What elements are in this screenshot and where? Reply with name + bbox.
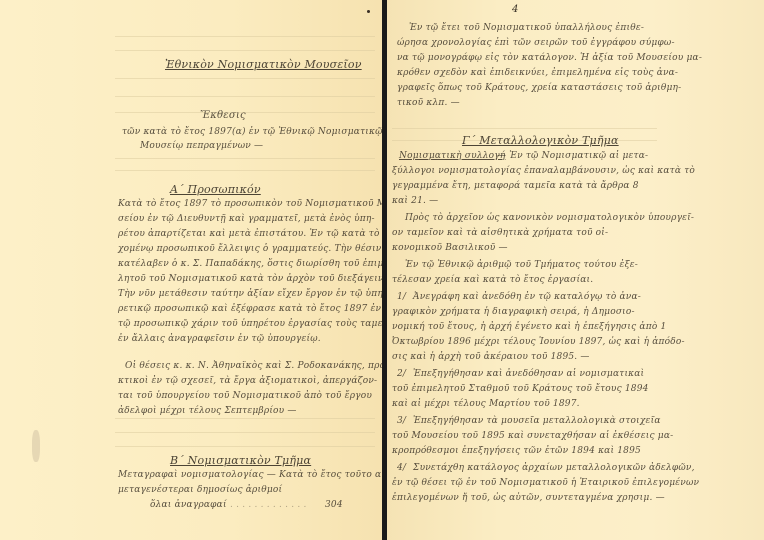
ruled-line: [115, 446, 375, 447]
text-line: Ἐπεξηγήθησαν καὶ ἀνεδόθησαν αἱ νομισματι…: [413, 369, 644, 379]
text-line: Ἐν τῷ ἔτει τοῦ Νομισματικοῦ ὑπαλλήλους ἐ…: [409, 23, 644, 33]
text-line: Ὀκτωβρίου 1896 μέχρι τέλους Ἰουνίου 1897…: [392, 337, 685, 347]
section-a-heading: Α΄ Προσωπικόν: [170, 183, 261, 196]
text-line: Πρὸς τὸ ἀρχεῖον ὡς κανονικὸν νομισματολο…: [405, 213, 694, 223]
text-line: ἐπιλεγομένων ἤ τοῦ, ὡς αὐτῶν, συντεταγμέ…: [392, 493, 665, 503]
text-line: Τὴν νῦν μετάθεσιν ταύτην ἀξίαν εἴχεν ἔργ…: [118, 289, 382, 299]
text-line: ἀδελφοὶ μέχρι τέλους Σεπτεμβρίου —: [118, 406, 297, 416]
ruled-line: [115, 418, 375, 419]
text-line: κτικοὶ ἐν τῷ σχεσεῖ, τὰ ἔργα ἀξιοματικοὶ…: [118, 376, 377, 386]
item-number: 3/: [397, 416, 406, 426]
ruled-line: [392, 128, 657, 129]
text-line: χομένῳ προσωπικοῦ ἔλλειψις ὁ γραμματεύς.…: [118, 244, 382, 254]
text-line: κονομικοῦ Βασιλικοῦ —: [392, 243, 508, 253]
text-line: — Ἐν τῷ Νομισματικῷ αἱ μετα-: [497, 151, 648, 161]
item-number: 4/: [397, 463, 406, 473]
text-line: κατέλαβεν ὁ κ. Σ. Παπαδάκης, ὅστις διωρί…: [118, 259, 382, 269]
text-line: Ἀνεγράφη καὶ ἀνεδόθη ἐν τῷ καταλόγῳ τὸ ἀ…: [413, 292, 641, 302]
text-line: Κατὰ τὸ ἔτος 1897 τὸ προσωπικὸν τοῦ Νομι…: [118, 199, 382, 209]
report-heading: Ἔκθεσις: [200, 110, 246, 121]
text-line: τικοῦ κλπ. —: [397, 98, 460, 108]
text-line: κρόθεν σχεδὸν καὶ ἐπιδεικνύει, ἐπιμελημέ…: [397, 68, 678, 78]
text-line: ρέτου ἀπαρτίζεται καὶ μετὰ ἐπιστάτου. Ἐν…: [118, 229, 382, 239]
text-line: Συνετάχθη κατάλογος ἀρχαίων μεταλλολογικ…: [413, 463, 695, 473]
text-line: μεταγενέστεραι δημοσίως ἀριθμοί: [118, 485, 282, 495]
ruled-line: [115, 50, 375, 51]
text-line: λητοῦ τοῦ Νομισματικοῦ κατὰ τὸν ἀρχὸν το…: [118, 274, 382, 284]
item-number: 2/: [397, 369, 406, 379]
text-line: σείου ἐν τῷ Διευθυντῇ καὶ γραμματεῖ, μετ…: [118, 214, 375, 224]
text-line: Οἱ θέσεις κ. κ. Ν. Ἀθηναϊκὸς καὶ Σ. Ροδο…: [125, 361, 382, 371]
left-manuscript-page: Ἐθνικὸν Νομισματικὸν Μουσεῖον Ἔκθεσις τῶ…: [0, 0, 382, 540]
text-line: ώρησα χρονολογίας ἐπὶ τῶν σειρῶν τοῦ ἐγγ…: [397, 38, 675, 48]
text-line: τῷ προσωπικῷ χάριν τοῦ ὑπηρέτου ἐργασίας…: [118, 319, 382, 329]
section-c-lead: Νομισματικὴ συλλογή: [399, 151, 505, 161]
text-line: τοῦ Μουσείου τοῦ 1895 καὶ συνεταχθήσαν α…: [392, 431, 673, 441]
ruled-line: [115, 96, 375, 97]
text-line: γραφικὸν χρήματα ἡ διαγραφικὴ σειρά, ἡ Δ…: [392, 307, 635, 317]
text-line: ἐν τῷ θέσει τῷ ἐν τοῦ Νομισματικοῦ ἡ Ἑτα…: [392, 478, 699, 488]
ruled-line: [115, 36, 375, 37]
entry-label: ὅλαι ἀναγραφαί: [150, 500, 227, 510]
ruled-line: [115, 432, 375, 433]
ruled-line: [115, 78, 375, 79]
text-line: νομική τοῦ ἔτους, ἡ ἀρχή ἐγένετο καὶ ἡ ἐ…: [392, 322, 666, 332]
text-line: ρετικῷ προσωπικῷ καὶ ἐξέφρασε κατὰ τὸ ἔτ…: [118, 304, 381, 314]
text-line: καὶ αἱ μέχρι τέλους Μαρτίου τοῦ 1897.: [392, 399, 580, 409]
text-line: τοῦ ἐπιμελητοῦ Σταθμοῦ τοῦ Κράτους τοῦ ἔ…: [392, 384, 649, 394]
item-number: 1/: [397, 292, 406, 302]
ruled-line: [115, 158, 375, 159]
text-line: καὶ 21. —: [392, 196, 438, 206]
dot-leader: . . . . . . . . . . . . .: [230, 500, 307, 510]
margin-smudge: [32, 430, 40, 462]
entry-value: 304: [325, 500, 343, 510]
text-line: ἐν ἄλλαις ἀναγραφεῖσιν ἐν τῷ ὑπουργείῳ.: [118, 334, 321, 344]
report-subheading: Μουσείῳ πεπραγμένων —: [140, 141, 263, 151]
text-line: Μεταγραφαὶ νομισματολογίας — Κατὰ τὸ ἔτο…: [118, 470, 382, 480]
text-line: σις καὶ ἡ ἀρχὴ τοῦ ἀκέραιου τοῦ 1895. —: [392, 352, 590, 362]
text-line: κροπρόθεσμοι ἐπεξηγήσεις τῶν ἐτῶν 1894 κ…: [392, 446, 641, 456]
document-title: Ἐθνικὸν Νομισματικὸν Μουσεῖον: [165, 58, 362, 71]
text-line: να τῷ μονογράφῳ εἰς τὸν κατάλογον. Ἡ ἀξί…: [397, 53, 702, 63]
page-number: 4: [512, 4, 518, 15]
ink-spot: [367, 10, 370, 13]
right-manuscript-page: 4 Ἐν τῷ ἔτει τοῦ Νομισματικοῦ ὑπαλλήλους…: [387, 0, 764, 540]
report-subheading: τῶν κατὰ τὸ ἔτος 1897(α) ἐν τῷ Ἐθνικῷ Νο…: [122, 127, 382, 137]
text-line: ξύλλογοι νομισματολογίας ἐπαναλαμβάνουσι…: [392, 166, 695, 176]
text-line: τέλεσαν χρεία καὶ κατὰ τὸ ἔτος ἐργασίαι.: [392, 275, 593, 285]
section-b-heading: Β΄ Νομισματικὸν Τμῆμα: [170, 454, 311, 467]
text-line: ται τοῦ ὑπουργείου τοῦ Νομισματικοῦ ἀπὸ …: [118, 391, 372, 401]
text-line: γεγραμμένα ἔτη, μεταφορά ταμεῖα κατὰ τὰ …: [392, 181, 639, 191]
text-line: ον ταμεῖον καὶ τὰ αἰσθητικὰ χρήματα τοῦ …: [392, 228, 608, 238]
ruled-line: [115, 170, 375, 171]
text-line: Ἐν τῷ Ἐθνικῷ ἀριθμῷ τοῦ Τμήματος τούτου …: [405, 260, 638, 270]
text-line: γραφεῖς ὅπως τοῦ Κράτους, χρεία καταστάσ…: [397, 83, 681, 93]
section-c-heading: Γ΄ Μεταλλολογικὸν Τμῆμα: [462, 134, 619, 147]
text-line: Ἐπεξηγήθησαν τὰ μουσεῖα μεταλλολογικὰ στ…: [413, 416, 661, 426]
